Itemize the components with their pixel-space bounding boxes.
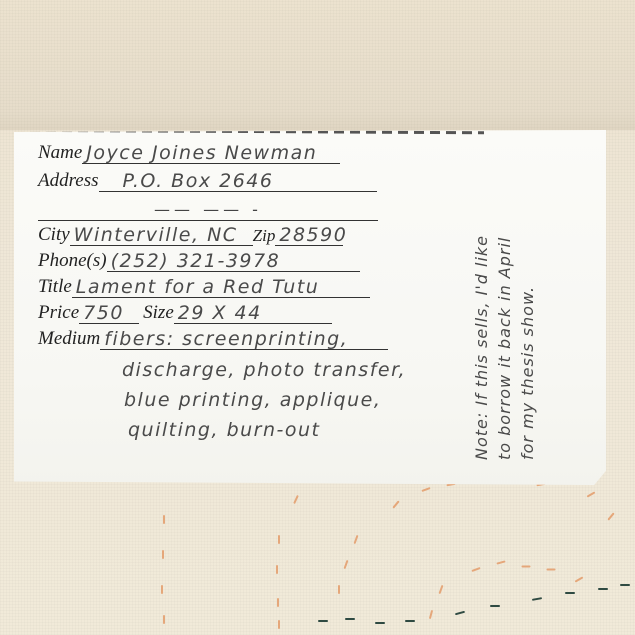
name-row: Name Joyce Joines Newman (38, 142, 340, 164)
medium-continuation-2: discharge, photo transfer, (118, 360, 410, 380)
medium-line-4: quilting, burn-out (124, 420, 325, 440)
title-row: Title Lament for a Red Tutu (38, 276, 370, 298)
medium-label: Medium (38, 328, 100, 350)
quilt-fabric-top (0, 0, 635, 130)
address-line-2 (38, 220, 378, 221)
medium-row: Medium fibers: screenprinting, (38, 328, 388, 350)
scribble-marks: —— —— - (154, 200, 262, 219)
size-label: Size (143, 302, 174, 324)
phone-label: Phone(s) (38, 250, 107, 272)
side-note: Note: If this sells, I'd like to borrow … (470, 170, 530, 470)
medium-line-2: discharge, photo transfer, (118, 360, 410, 380)
note-line-3: for my thesis show. (516, 160, 539, 460)
note-line-1: Note: If this sells, I'd like (470, 160, 493, 460)
note-line-2: to borrow it back in April (493, 160, 516, 460)
phone-value: (252) 321-3978 (107, 251, 360, 272)
name-value: Joyce Joines Newman (82, 143, 340, 164)
phone-row: Phone(s) (252) 321-3978 (38, 250, 360, 272)
price-label: Price (38, 302, 79, 324)
medium-line-1: fibers: screenprinting, (100, 329, 388, 350)
medium-continuation-3: blue printing, applique, (120, 390, 385, 410)
address-row: Address P.O. Box 2646 (38, 170, 377, 192)
city-row: City Winterville, NC Zip 28590 (38, 224, 343, 246)
zip-label: Zip (253, 226, 276, 246)
size-value: 29 X 44 (174, 303, 332, 324)
address-label: Address (38, 170, 99, 192)
address-value: P.O. Box 2646 (99, 171, 377, 192)
title-value: Lament for a Red Tutu (72, 277, 370, 298)
city-label: City (38, 224, 70, 246)
city-value: Winterville, NC (70, 225, 253, 246)
name-label: Name (38, 142, 82, 164)
title-label: Title (38, 276, 72, 298)
price-value: 750 (79, 303, 139, 324)
price-size-row: Price 750 Size 29 X 44 (38, 302, 332, 324)
medium-line-3: blue printing, applique, (120, 390, 385, 410)
side-note-text: Note: If this sells, I'd like to borrow … (470, 160, 539, 460)
zip-value: 28590 (275, 225, 343, 246)
medium-continuation-4: quilting, burn-out (124, 420, 325, 440)
